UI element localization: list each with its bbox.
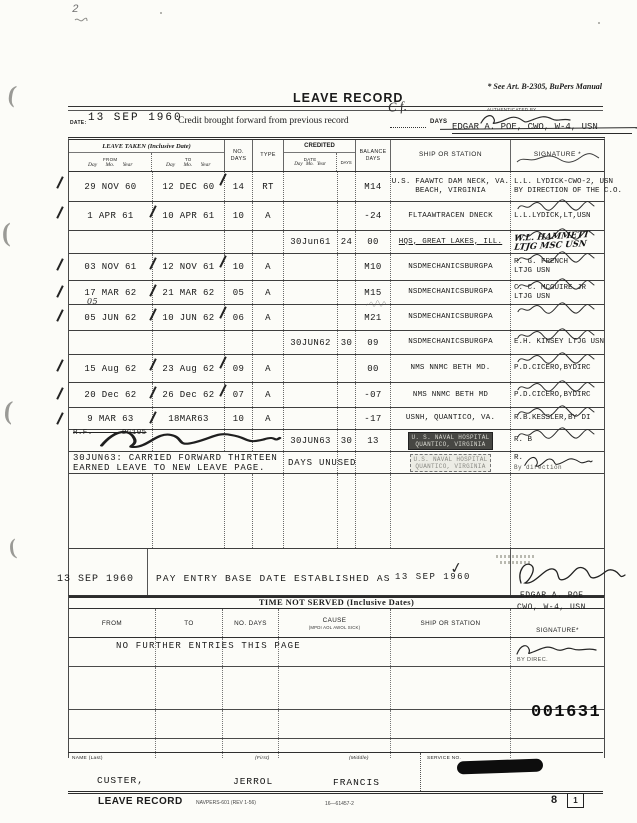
station-line: FLTAAWTRACEN DNECK <box>408 212 493 221</box>
cell-value: 30Jun61 <box>290 237 331 247</box>
type-label: TYPE <box>260 152 276 159</box>
cell-value: -24 <box>364 211 381 221</box>
handwritten-check-slash <box>56 412 63 425</box>
margin-pencil-arc: ( <box>2 218 11 248</box>
days-label: DAYS <box>430 119 447 125</box>
handwritten-squiggle <box>366 300 386 308</box>
leave-cell-credited-date: 30JUN63 <box>284 430 338 451</box>
ship-or-station-label: SHIP OR STATION <box>419 152 482 159</box>
header-to: TO Day Mo. Year <box>152 153 224 171</box>
leave-cell-credited-days: 24 <box>338 231 356 253</box>
leave-cell-station: U.S. FAAWTC DAM NECK, VA.BEACH, VIRGINIA <box>391 172 511 201</box>
leave-cell-credited-date: 30Jun61 <box>284 231 338 253</box>
header-leave-taken: LEAVE TAKEN (Inclusive Date) FROM Day Mo… <box>69 140 225 171</box>
time-not-served-table: TIME NOT SERVED (Inclusive Dates) FROM T… <box>68 595 605 758</box>
cell-value: 20 Dec 62 <box>84 390 136 400</box>
tns-cell <box>156 667 223 709</box>
leave-row: 1 APR 6110 APR 6110A-24FLTAAWTRACEN DNEC… <box>69 202 604 231</box>
handwritten-check-slash <box>56 176 63 189</box>
leave-cell-from <box>69 331 153 354</box>
footer-print-code: 16—61457-2 <box>325 801 354 807</box>
cell-value: 14 <box>233 182 245 192</box>
cell-value: RT <box>262 182 274 192</box>
leave-cell-days: 06 <box>225 305 253 330</box>
tns-cell <box>391 667 511 709</box>
leave-cell-from: 15 Aug 62 <box>69 355 153 382</box>
handwritten-squiggle <box>517 380 595 394</box>
cell-value: 03 NOV 61 <box>84 262 136 272</box>
handwritten-squiggle <box>517 352 595 366</box>
leave-cell-type: RT <box>253 172 284 201</box>
leave-cell-station: NSDMECHANICSBURGPA <box>391 331 511 354</box>
cell-value: 30 <box>341 338 353 348</box>
cell-value: A <box>265 313 271 323</box>
pencil-squiggle <box>74 16 88 24</box>
pay-entry-date-left: 13 SEP 1960 <box>57 574 134 585</box>
leave-cell-type <box>253 231 284 253</box>
cell-value: A <box>265 211 271 221</box>
cell-value: 21 MAR 62 <box>162 288 214 298</box>
leave-row-note: 30JUN63: CARRIED FORWARD THIRTEENEARNED … <box>69 452 604 474</box>
pay-entry-text: PAY ENTRY BASE DATE ESTABLISHED AS <box>156 573 391 584</box>
leave-cell-days <box>225 331 253 354</box>
leave-cell-days: 14 <box>225 172 253 201</box>
leave-cell-type: A <box>253 355 284 382</box>
leave-cell-station: HQS, GREAT LAKES, ILL. <box>391 231 511 253</box>
leave-cell-station: NMS NNMC BETH MD. <box>391 355 511 382</box>
days-label: DAYS <box>231 156 247 163</box>
signature-line: LTJG USN <box>514 293 550 302</box>
station-line: NSDMECHANICSBURGPA <box>408 338 493 347</box>
leave-cell-station: FLTAAWTRACEN DNECK <box>391 202 511 230</box>
credited-label: CREDITED <box>284 140 355 153</box>
leave-cell-credited-date: DAYS UNUSED <box>284 452 338 473</box>
cell-value: 26 Dec 62 <box>162 390 214 400</box>
leave-cell-credited-date <box>284 254 338 280</box>
cell-value: 10 <box>233 262 245 272</box>
leave-cell-signature: L.L. LYDICK-CWO-2, USNBY DIRECTION OF TH… <box>511 172 604 201</box>
tns-header-signature: SIGNATURE* <box>511 609 604 637</box>
leave-cell-balance: M14 <box>356 172 391 201</box>
leave-row-empty <box>69 474 604 549</box>
station-line: BEACH, VIRGINIA <box>415 187 486 196</box>
leave-cell-credited-days <box>338 202 356 230</box>
leave-cell-credited-date <box>284 383 338 407</box>
footer-form-title: LEAVE RECORD <box>98 796 183 807</box>
leave-cell-credited-date <box>284 202 338 230</box>
cell-value: 30 <box>341 436 353 446</box>
leave-cell-signature: P.D.CICERO,BYDIRC <box>511 383 604 407</box>
cell-value: M10 <box>364 262 381 272</box>
handwritten-squiggle <box>97 426 282 450</box>
to-dmy-label: Day Mo. Year <box>166 162 211 168</box>
header-ship-or-station: SHIP OR STATION <box>391 140 511 171</box>
stamp-line: QUANTICO, VIRGINIA <box>413 463 487 470</box>
stamp-line: U. S. NAVAL HOSPITAL <box>411 434 489 441</box>
leave-cell-from: 29 NOV 60 <box>69 172 153 201</box>
leave-cell-days: 09 <box>225 355 253 382</box>
leave-cell-signature <box>511 474 604 548</box>
cell-value: 9 MAR 63 <box>87 414 133 424</box>
leave-cell-signature: R.By direction <box>511 452 604 473</box>
leave-row: 30JUN633013U. S. NAVAL HOSPITALQUANTICO,… <box>69 430 604 452</box>
leave-cell-signature <box>511 305 604 330</box>
handwritten-checkmark: ✓ <box>449 558 465 578</box>
cell-value: A <box>265 288 271 298</box>
cell-value: A <box>265 262 271 272</box>
leave-cell-credited-days <box>338 452 356 473</box>
stamp-line: U.S. NAVAL HOSPITAL <box>413 456 487 463</box>
signature-line: BY DIRECTION OF THE C.O. <box>514 187 622 196</box>
leave-cell-type: A <box>253 281 284 304</box>
note-line: EARNED LEAVE TO NEW LEAVE PAGE. <box>73 463 265 473</box>
leave-cell-to: 10 JUN 62 <box>153 305 225 330</box>
signature-line: R. <box>514 454 523 463</box>
leave-cell-credited-days <box>338 172 356 201</box>
leave-cell-station: NSDMECHANICSBURGPA <box>391 281 511 304</box>
leave-record-scanned-page: 2 ( ( ( ( * See Art. B-2305, BuPers Manu… <box>0 0 637 823</box>
leave-cell-station: U.S. NAVAL HOSPITALQUANTICO, VIRGINIA <box>391 452 511 473</box>
cell-value: M14 <box>364 182 381 192</box>
leave-cell-credited-days <box>338 355 356 382</box>
leave-cell-type: A <box>253 305 284 330</box>
leave-cell-from <box>69 231 153 253</box>
stamp-line: QUANTICO, VIRGINIA <box>411 441 489 448</box>
tns-signature-cell: BY DIREC. <box>511 638 604 666</box>
cell-value: 09 <box>233 364 245 374</box>
leave-cell-from: 1 APR 61 <box>69 202 153 230</box>
no-further-entries-note: NO FURTHER ENTRIES THIS PAGE <box>116 641 301 651</box>
cell-value: 10 <box>233 211 245 221</box>
leave-cell-from: 03 NOV 61 <box>69 254 153 280</box>
leave-cell-balance: -07 <box>356 383 391 407</box>
cell-value: 06 <box>233 313 245 323</box>
credit-forward-blank <box>390 127 426 128</box>
pay-entry-text-cell: PAY ENTRY BASE DATE ESTABLISHED AS 13 SE… <box>148 549 511 596</box>
leave-cell-days: 07 <box>225 383 253 407</box>
credited-days-label: DAYS <box>341 160 352 165</box>
leave-cell-signature: R. B <box>511 430 604 451</box>
scan-speck <box>598 22 600 24</box>
handwritten-check-slash <box>56 387 63 400</box>
leave-cell-credited-date <box>284 474 338 548</box>
leave-cell-credited-date <box>284 281 338 304</box>
leave-cell-credited-days <box>338 474 356 548</box>
header-signature: SIGNATURE * <box>511 140 604 171</box>
leave-cell-balance <box>356 474 391 548</box>
margin-pencil-arc: ( <box>6 82 18 110</box>
cell-value: 00 <box>367 237 379 247</box>
leave-cell-station: NSDMECHANICSBURGPA <box>391 305 511 330</box>
leave-cell-credited-date <box>284 305 338 330</box>
date-label: DATE: <box>70 120 86 126</box>
header-from: FROM Day Mo. Year <box>69 153 152 171</box>
tns-cell <box>223 667 279 709</box>
cell-value: 05 JUN 62 <box>84 313 136 323</box>
credit-forward-text: Credit brought forward from previous rec… <box>178 116 349 126</box>
handwritten-squiggle <box>523 454 593 468</box>
leave-cell-to <box>153 331 225 354</box>
leave-cell-signature: R. G. FRENCHLTJG USN <box>511 254 604 280</box>
name-middle-value: FRANCIS <box>333 777 380 788</box>
leave-cell-balance: 00 <box>356 231 391 253</box>
leave-taken-label: LEAVE TAKEN (Inclusive Date) <box>69 140 224 153</box>
leave-cell-credited-days <box>338 408 356 429</box>
cell-value: 23 Aug 62 <box>162 364 214 374</box>
leave-cell-credited-days <box>338 281 356 304</box>
tns-cell <box>279 710 391 738</box>
cell-value: 09 <box>367 338 379 348</box>
leave-cell-to: 12 DEC 60 <box>153 172 225 201</box>
bupers-manual-note: * See Art. B-2305, BuPers Manual <box>440 82 602 91</box>
station-line: NSDMECHANICSBURGPA <box>408 313 493 322</box>
tns-cell <box>156 710 223 738</box>
header-credited-days: DAYS <box>337 153 355 171</box>
leave-cell-credited-days <box>338 254 356 280</box>
leave-cell-days <box>225 474 253 548</box>
handwritten-check-slash <box>56 309 63 322</box>
leave-cell-signature: E.H. KINSEY LTJG USN <box>511 331 604 354</box>
leave-cell-to: 26 Dec 62 <box>153 383 225 407</box>
handwritten-check-slash <box>56 285 63 298</box>
date-value: 13 SEP 1960 <box>88 112 183 124</box>
leave-cell-credited-days <box>338 383 356 407</box>
handwritten-credit-mark: C f. <box>387 98 407 116</box>
pay-entry-signature-cell <box>511 549 604 596</box>
cell-value: -07 <box>364 390 381 400</box>
station-line: USNH, QUANTICO, VA. <box>406 414 495 423</box>
balance-days-label: DAYS <box>366 156 380 163</box>
name-band-divider <box>420 753 421 791</box>
leave-cell-days: 10 <box>225 254 253 280</box>
cell-value: 10 <box>233 414 245 424</box>
cell-value: 15 Aug 62 <box>84 364 136 374</box>
leave-cell-credited-days: 30 <box>338 430 356 451</box>
redacted-service-number <box>457 759 543 775</box>
cell-value: A <box>265 390 271 400</box>
cell-value: -17 <box>364 414 381 424</box>
leave-cell-from: 17 MAR 62 <box>69 281 153 304</box>
leave-cell-type <box>253 331 284 354</box>
tns-cell <box>69 710 156 738</box>
leave-row: 29 NOV 6012 DEC 6014RTM14U.S. FAAWTC DAM… <box>69 172 604 202</box>
name-last-value: CUSTER, <box>97 775 144 786</box>
leave-cell-credited-date <box>284 172 338 201</box>
leave-rows: 29 NOV 6012 DEC 6014RTM14U.S. FAAWTC DAM… <box>69 172 604 549</box>
pencil-mark: 2 <box>72 4 79 16</box>
leave-cell-signature: P.D.CICERO,BYDIRC <box>511 355 604 382</box>
signature-line: L.L. LYDICK-CWO-2, USN <box>514 178 613 187</box>
tns-cell <box>279 667 391 709</box>
leave-cell-credited-date: 30JUN62 <box>284 331 338 354</box>
tns-cell <box>391 638 511 666</box>
pay-entry-signer-name: EDGAR A. POE <box>520 591 584 600</box>
handwritten-check-slash <box>56 359 63 372</box>
cell-value: 05 <box>233 288 245 298</box>
tns-header-from: FROM <box>69 609 156 637</box>
cell-value: A <box>265 414 271 424</box>
station-stamp-faint: U.S. NAVAL HOSPITALQUANTICO, VIRGINIA <box>410 454 490 472</box>
time-not-served-header: FROM TO NO. DAYS CAUSE(MPDI AOL AWOL SIC… <box>69 609 604 638</box>
cell-value: 1 APR 61 <box>87 211 133 221</box>
station-line: U.S. FAAWTC DAM NECK, VA. <box>392 178 510 187</box>
leave-cell-signature: R.B.KESSLER,BY DI <box>511 408 604 429</box>
handwritten-squiggle <box>517 328 595 342</box>
header-no-days: NO.DAYS <box>225 140 253 171</box>
leave-cell-balance: 13 <box>356 430 391 451</box>
cell-value: A <box>265 364 271 374</box>
cell-value: 30JUN63 <box>290 436 331 446</box>
handwritten-squiggle <box>517 405 595 419</box>
tns-header-station: SHIP OR STATION <box>391 609 511 637</box>
cell-value: 17 MAR 62 <box>84 288 136 298</box>
cell-value: 18MAR63 <box>168 414 209 424</box>
pay-entry-date-cell: 13 SEP 1960 <box>69 549 148 596</box>
tns-cell <box>223 710 279 738</box>
cell-value: 00 <box>367 364 379 374</box>
tns-row <box>69 667 604 710</box>
leave-cell-from: 05 JUN 6205 <box>69 305 153 330</box>
leave-cell-station <box>391 474 511 548</box>
footer-form-number: NAVPERS-601 (REV 1-56) <box>196 800 256 806</box>
note-line: 30JUN63: CARRIED FORWARD THIRTEEN <box>73 453 278 463</box>
tns-header-cause: CAUSE(MPDI AOL AWOL SICK) <box>279 609 391 637</box>
leave-cell-to: 23 Aug 62 <box>153 355 225 382</box>
cell-value: 13 <box>367 436 379 446</box>
leave-cell-station: U. S. NAVAL HOSPITALQUANTICO, VIRGINIA <box>391 430 511 451</box>
name-first-value: JERROL <box>233 776 273 787</box>
leave-cell-balance: -24 <box>356 202 391 230</box>
handwritten-squiggle <box>517 251 595 265</box>
station-line: NMS NNMC BETH MD. <box>411 364 491 373</box>
station-line: NSDMECHANICSBURGPA <box>408 288 493 297</box>
leave-cell-station: NSDMECHANICSBURGPA <box>391 254 511 280</box>
leave-cell-balance: 09 <box>356 331 391 354</box>
cell-value: 24 <box>341 237 353 247</box>
carried-forward-note: 30JUN63: CARRIED FORWARD THIRTEENEARNED … <box>69 452 284 473</box>
leave-cell-to <box>153 474 225 548</box>
leave-cell-from: 20 Dec 62 <box>69 383 153 407</box>
tns-cell <box>391 710 511 738</box>
cell-value: 30JUN62 <box>290 338 331 348</box>
cell-value: 29 NOV 60 <box>84 182 136 192</box>
handwritten-squiggle <box>517 278 595 292</box>
leave-cell-type: A <box>253 383 284 407</box>
handwritten-squiggle <box>517 199 595 213</box>
leave-table-header: LEAVE TAKEN (Inclusive Date) FROM Day Mo… <box>69 140 604 172</box>
footer-page-box: 1 <box>567 793 584 808</box>
from-dmy-label: Day Mo. Year <box>88 162 133 168</box>
leave-cell-credited-days: 30 <box>338 331 356 354</box>
cell-value: 12 DEC 60 <box>162 182 214 192</box>
footer-page-number: 8 <box>551 794 557 806</box>
leave-cell-balance: 00 <box>356 355 391 382</box>
credited-dmy-label: Day Mo. Year <box>294 162 326 167</box>
tns-cell <box>69 667 156 709</box>
cause-sub-label: (MPDI AOL AWOL SICK) <box>309 625 361 630</box>
margin-pencil-arc: ( <box>8 534 18 561</box>
scan-speck <box>160 12 162 14</box>
cell-value: 10 APR 61 <box>162 211 214 221</box>
tns-row <box>69 710 604 739</box>
leave-cell-to: 12 NOV 61 <box>153 254 225 280</box>
leave-cell-to <box>153 231 225 253</box>
edgar-poe-signature <box>515 553 627 593</box>
handwritten-squiggle <box>515 150 601 166</box>
leave-cell-days: 05 <box>225 281 253 304</box>
name-middle-label: (Middle) <box>349 756 369 761</box>
leave-cell-to: 10 APR 61 <box>153 202 225 230</box>
handwritten-squiggle <box>517 427 595 441</box>
leave-cell-to: 21 MAR 62 <box>153 281 225 304</box>
leave-cell-days: 10 <box>225 202 253 230</box>
leave-cell-type: A <box>253 202 284 230</box>
margin-pencil-arc: ( <box>3 396 14 427</box>
cell-value: 10 JUN 62 <box>162 313 214 323</box>
signature-line: LTJG USN <box>514 267 550 276</box>
leave-cell-balance: M21 <box>356 305 391 330</box>
leave-row: 03 NOV 6112 NOV 6110AM10NSDMECHANICSBURG… <box>69 254 604 281</box>
leave-cell-balance: -17 <box>356 408 391 429</box>
station-stamp: U. S. NAVAL HOSPITALQUANTICO, VIRGINIA <box>408 432 492 450</box>
by-direction-label: BY DIREC. <box>517 657 548 663</box>
header-credited: CREDITED DATE Day Mo. Year DAYS <box>284 140 356 171</box>
tns-header-days: NO. DAYS <box>223 609 279 637</box>
service-no-label: SERVICE NO. <box>427 756 461 761</box>
cell-value: 07 <box>233 390 245 400</box>
serial-stamp: 001631 <box>531 703 601 722</box>
leave-cell-balance <box>356 452 391 473</box>
name-first-label: (First) <box>255 756 270 761</box>
leave-cell-days <box>225 231 253 253</box>
cell-value: M15 <box>364 288 381 298</box>
leave-cell-credited-date <box>284 355 338 382</box>
handwritten-check-slash <box>56 206 63 219</box>
station-line: HQS, GREAT LAKES, ILL. <box>399 238 502 247</box>
strike-line <box>452 133 632 134</box>
leave-table: LEAVE TAKEN (Inclusive Date) FROM Day Mo… <box>68 137 605 598</box>
header-credited-date: DATE Day Mo. Year <box>284 153 337 171</box>
station-line: NSDMECHANICSBURGPA <box>408 263 493 272</box>
name-last-label: NAME (Last) <box>72 756 103 761</box>
pay-entry-signer-rank: CWO, W-4, USN <box>517 603 586 612</box>
leave-cell-signature: C. C. MCGUIRE JRLTJG USN <box>511 281 604 304</box>
name-band: NAME (Last) (First) (Middle) SERVICE NO.… <box>68 752 603 794</box>
leave-cell-credited-date <box>284 408 338 429</box>
handwritten-check-slash <box>56 258 63 271</box>
handwritten-squiggle <box>517 302 595 316</box>
leave-cell-station: NMS NNMC BETH MD <box>391 383 511 407</box>
leave-cell-signature: W.L. HAMMETTLTJG MSC USN <box>511 231 604 253</box>
cell-value: M21 <box>364 313 381 323</box>
leave-cell-station: USNH, QUANTICO, VA. <box>391 408 511 429</box>
handwritten-correction: 05 <box>87 297 98 306</box>
leave-cell-from <box>69 474 153 548</box>
leave-cell-type <box>253 474 284 548</box>
station-line: NMS NNMC BETH MD <box>413 391 488 400</box>
tns-header-to: TO <box>156 609 223 637</box>
leave-cell-signature: L.L.LYDICK,LT,USN <box>511 202 604 230</box>
leave-cell-credited-days <box>338 305 356 330</box>
header-balance: BALANCEDAYS <box>356 140 391 171</box>
leave-cell-type: A <box>253 254 284 280</box>
leave-cell-balance: M10 <box>356 254 391 280</box>
cell-value: 12 NOV 61 <box>162 262 214 272</box>
header-type: TYPE <box>253 140 284 171</box>
leave-row: 15 Aug 6223 Aug 6209A00NMS NNMC BETH MD.… <box>69 355 604 383</box>
